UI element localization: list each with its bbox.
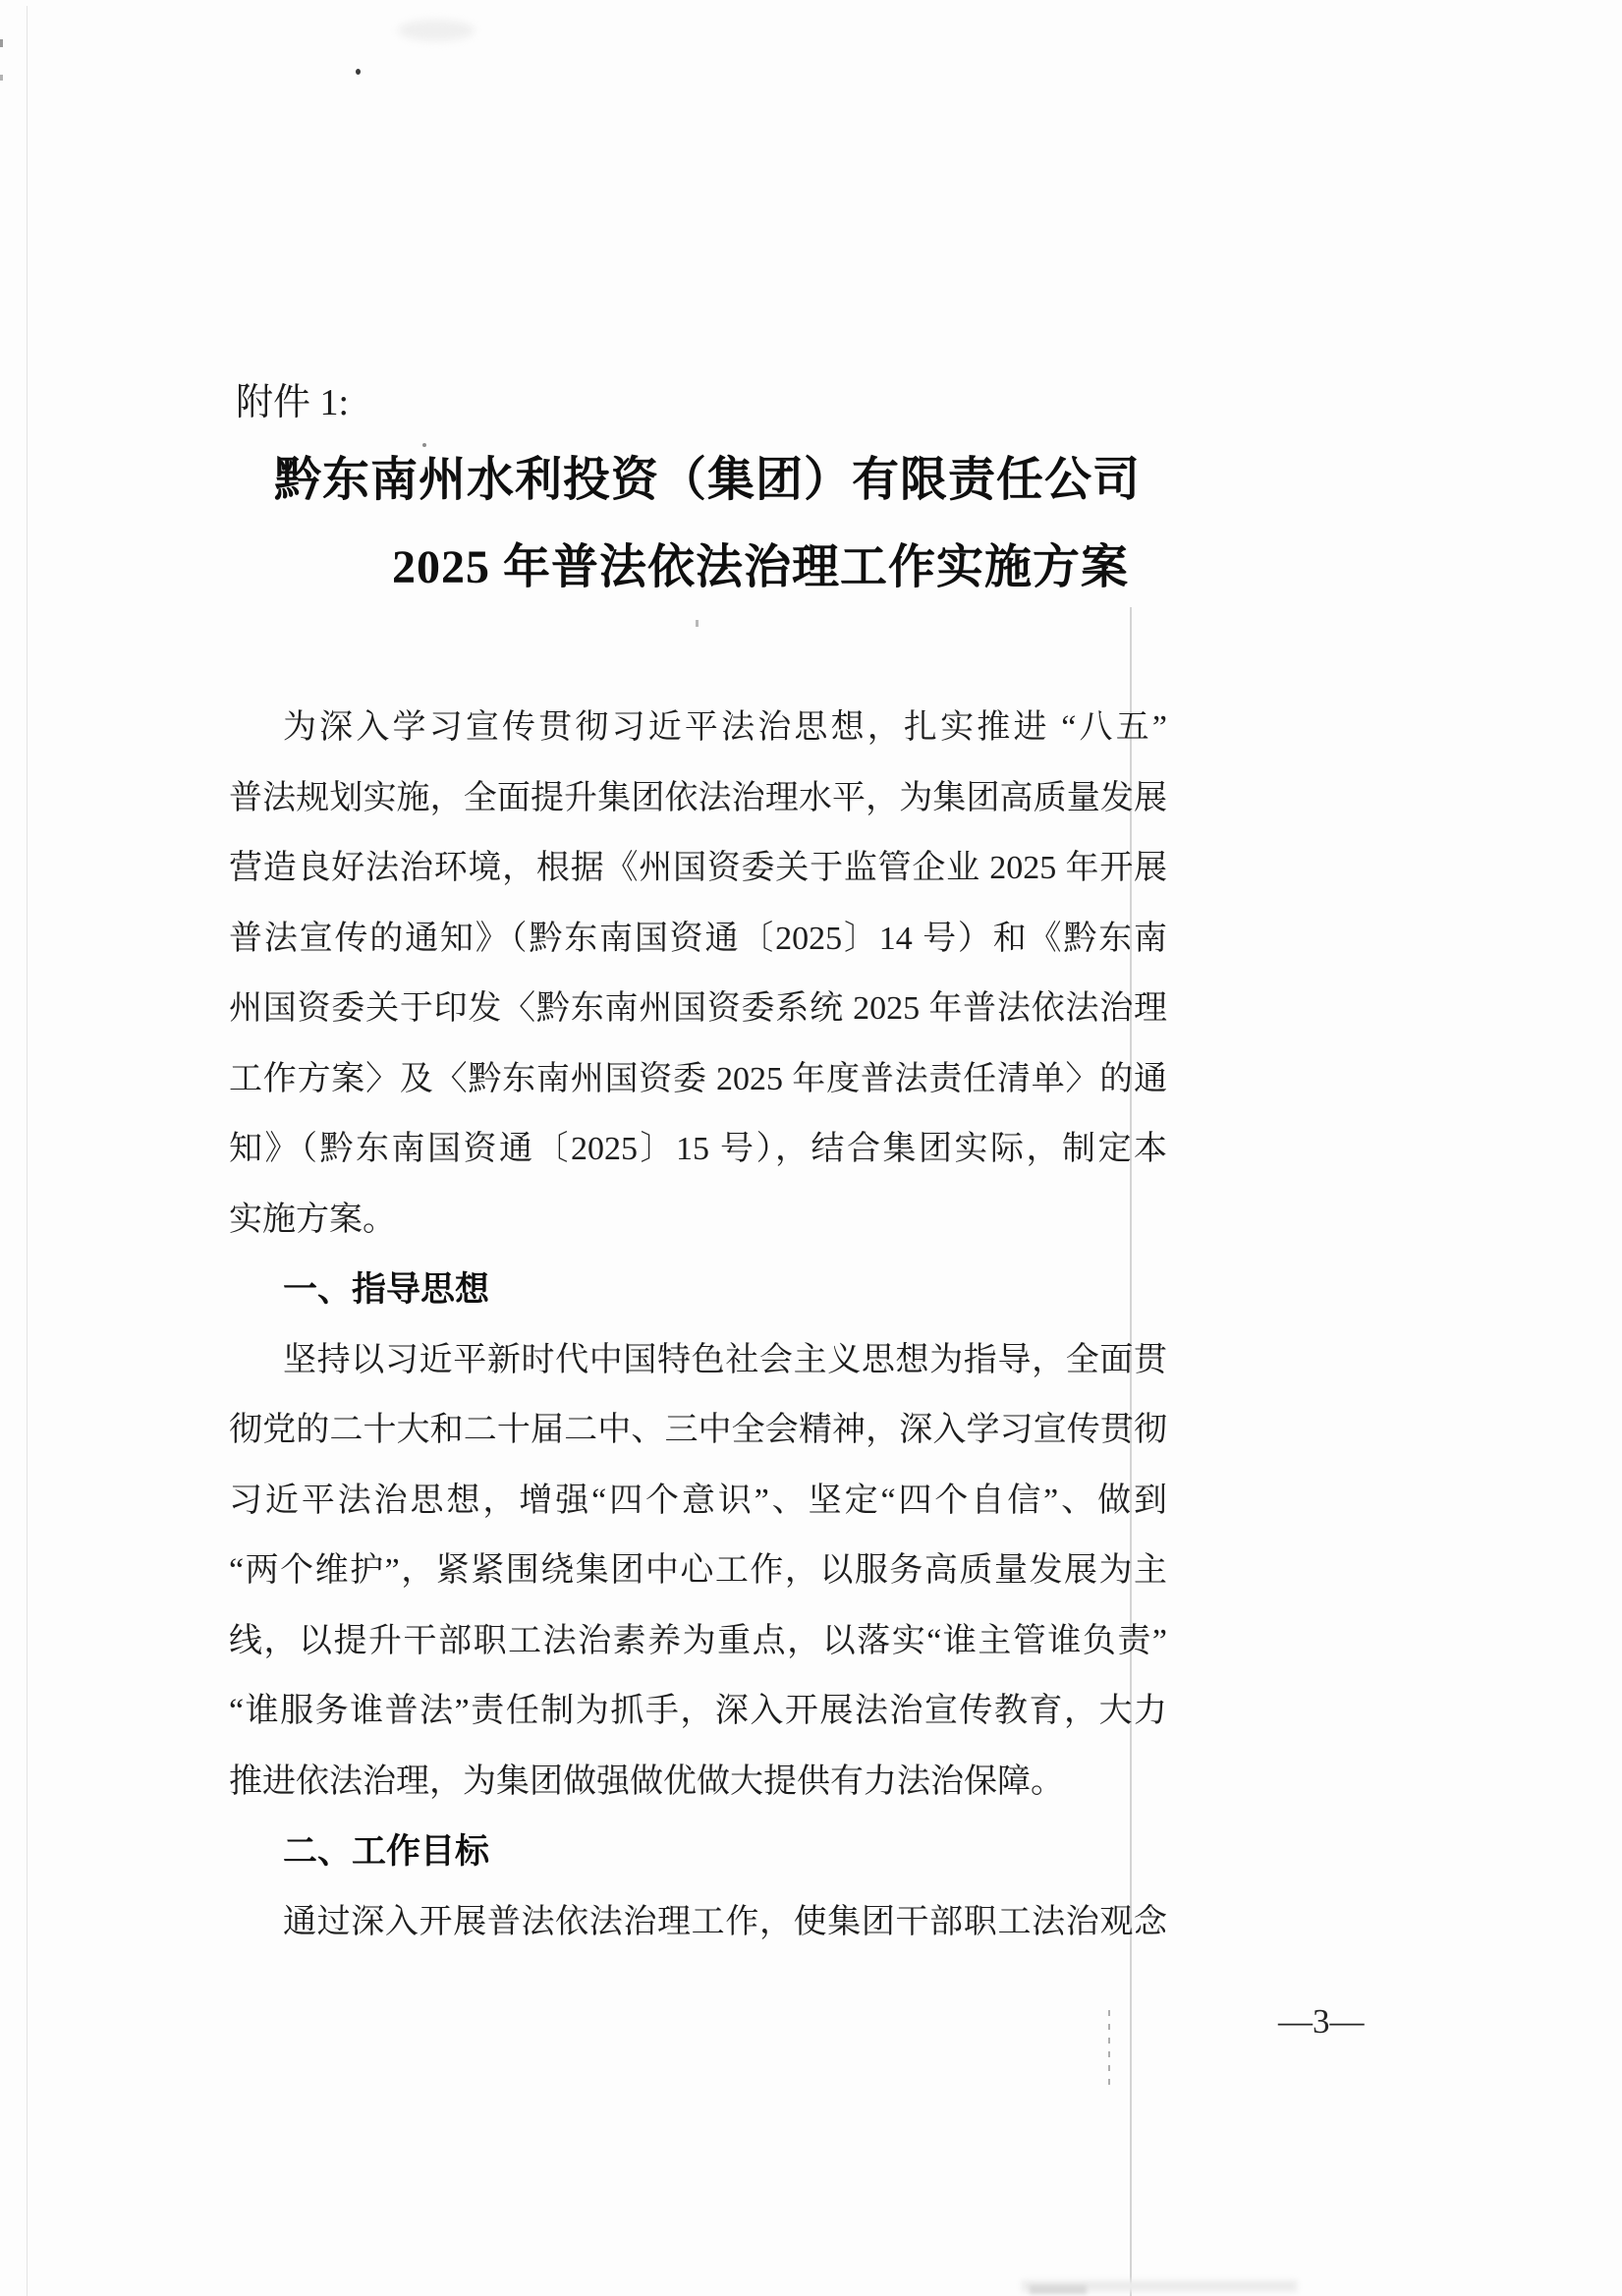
text-line: 为深入学习宣传贯彻习近平法治思想，扎实推进 “八五” [229, 693, 1167, 763]
scan-edge-mark [0, 39, 3, 47]
text-line: 推进依法治理，为集团做强做优做大提供有力法治保障。 [229, 1747, 1167, 1818]
body-text: 为深入学习宣传贯彻习近平法治思想，扎实推进 “八五”普法规划实施，全面提升集团依… [229, 693, 1167, 1957]
scan-speck [696, 620, 699, 627]
text-line: 彻党的二十大和二十届二中、三中全会精神，深入学习宣传贯彻 [229, 1395, 1167, 1466]
scan-artifact-dashes [1108, 2010, 1110, 2089]
text-line: 普法规划实施，全面提升集团依法治理水平，为集团高质量发展 [229, 763, 1167, 834]
text-line: 通过深入开展普法依法治理工作，使集团干部职工法治观念 [229, 1887, 1167, 1958]
text-line: 实施方案。 [229, 1185, 1167, 1256]
doc-title-line2: 2025 年普法依法治理工作实施方案 [392, 536, 1129, 599]
scan-smudge [398, 20, 475, 41]
page-edge-shadow [27, 6, 28, 2296]
text-line: 州国资委关于印发〈黔东南州国资委系统 2025 年普法依法治理 [229, 974, 1167, 1044]
text-line: 线，以提升干部职工法治素养为重点，以落实“谁主管谁负责” [229, 1606, 1167, 1677]
scan-speck [422, 443, 426, 447]
text-line: 营造良好法治环境，根据《州国资委关于监管企业 2025 年开展 [229, 833, 1167, 904]
doc-title-line1: 黔东南州水利投资（集团）有限责任公司 [274, 449, 1141, 512]
page-number: —3— [1278, 2000, 1365, 2044]
text-line: “谁服务谁普法”责任制为抓手，深入开展法治宣传教育，大力 [229, 1676, 1167, 1747]
scan-edge-mark [0, 75, 3, 81]
text-line: 习近平法治思想，增强“四个意识”、坚定“四个自信”、做到 [229, 1466, 1167, 1537]
section-heading: 二、工作目标 [229, 1817, 1167, 1887]
scan-speck [356, 69, 361, 75]
text-line: 坚持以习近平新时代中国特色社会主义思想为指导，全面贯 [229, 1325, 1167, 1396]
section-heading: 一、指导思想 [229, 1255, 1167, 1325]
text-line: 工作方案〉及〈黔东南州国资委 2025 年度普法责任清单〉的通 [229, 1044, 1167, 1115]
page-bleed-mark [1030, 2285, 1087, 2294]
attachment-label: 附件 1: [236, 381, 349, 424]
text-line: 知》（黔东南国资通〔2025〕15 号），结合集团实际，制定本 [229, 1114, 1167, 1185]
text-line: 普法宣传的通知》（黔东南国资通〔2025〕14 号）和《黔东南 [229, 904, 1167, 975]
scanned-page-sheet: 附件 1: 黔东南州水利投资（集团）有限责任公司 2025 年普法依法治理工作实… [0, 0, 1622, 2296]
text-line: “两个维护”，紧紧围绕集团中心工作，以服务高质量发展为主 [229, 1536, 1167, 1606]
